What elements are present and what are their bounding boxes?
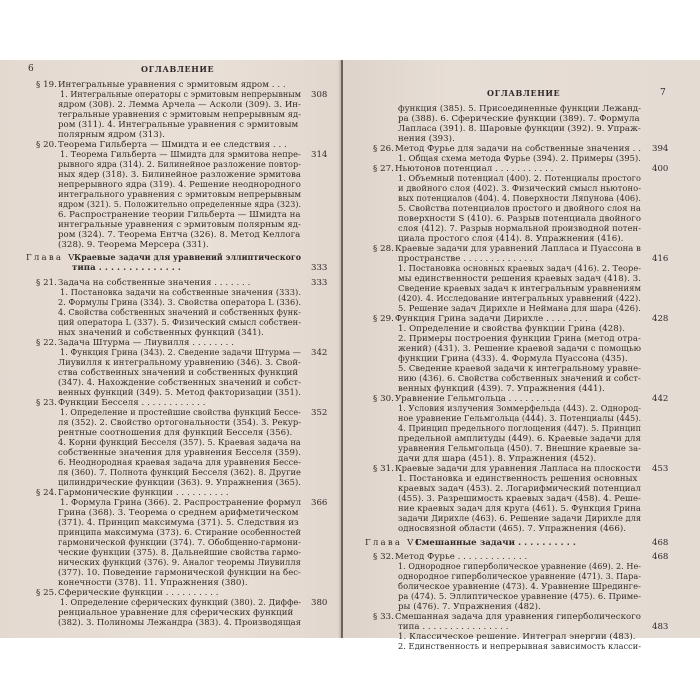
toc-line: вых потенциалов (404). 4. Поверхности Ля… [398, 194, 641, 204]
toc-line: 1. Объемный потенциал (400). 2. Потенциа… [398, 174, 641, 184]
toc-line: ром (324). 7. Теорема Ентча (326). 8. Ме… [58, 230, 300, 240]
toc-line: рывного ядра (314). 2. Билинейное разлож… [58, 160, 301, 170]
toc-line: ры (476). 7. Упражнения (482). [398, 602, 541, 612]
toc-line: нических функций (376). 9. Аналог теорем… [58, 558, 301, 568]
toc-line: конечности (378). 11. Упражнения (380). [58, 578, 248, 588]
toc-line: 6. Неоднородная краевая задача для уравн… [58, 458, 301, 468]
toc-line: задачи Дирихле (463). 6. Решение задачи … [398, 514, 641, 524]
toc-line: 5. Сведение краевой задачи к интегрально… [398, 364, 641, 374]
toc-line: и двойного слоя (402). 3. Физический смы… [398, 184, 641, 194]
toc-line: 1. Определение и свойства функции Грина … [398, 324, 625, 334]
toc-line: Грина (368). 3. Теорема о среднем арифме… [58, 508, 299, 518]
toc-line: нения (393). [398, 134, 455, 144]
toc-line: нию (436). 6. Свойства собственных значе… [398, 374, 641, 384]
section-title: Ньютонов потенциал . . . . . . . . . . . [395, 164, 553, 174]
toc-line: 5. Свойства потенциалов простого и двойн… [398, 204, 641, 214]
toc-line: интегральные уравнения с эрмитовым поляр… [58, 220, 301, 230]
section-title: Сферические функции . . . . . . . . . . [58, 588, 219, 598]
section-title: Метод Фурье . . . . . . . . . . . . . [395, 552, 527, 562]
toc-line: однородное гиперболическое уравнение (47… [398, 572, 641, 582]
toc-line: (371). 4. Принцип максимума (371). 5. Сл… [58, 518, 299, 528]
toc-page-number: 468 [652, 538, 668, 548]
section-number: § 27. [373, 164, 394, 174]
toc-page-number: 366 [311, 498, 327, 508]
toc-line: слоя (412). 7. Разрыв нормальной произво… [398, 224, 641, 234]
toc-line: ства собственных значений и собственных … [58, 368, 298, 378]
left-page-number: 6 [28, 64, 34, 74]
toc-line: ное уравнение Гельмгольца (444). 3. Поте… [398, 414, 641, 424]
section-number: § 25. [36, 588, 57, 598]
left-running-head: ОГЛАВЛЕНИЕ [141, 64, 214, 74]
section-title: Краевые задачи для уравнения Лапласа на … [395, 464, 641, 474]
section-number: § 28. [373, 244, 394, 254]
toc-line: (328). 9. Теорема Мерсера (331). [58, 240, 209, 250]
toc-page-number: 428 [652, 314, 668, 324]
toc-line: 2. Формулы Грина (334). 3. Свойства опер… [58, 298, 301, 308]
toc-page-number: 314 [311, 150, 327, 160]
toc-line: 2. Единственность и непрерывная зависимо… [398, 642, 641, 652]
toc-line: пространстве . . . . . . . . . . . . . [398, 254, 533, 264]
toc-line: полярным ядром (313). [58, 130, 165, 140]
toc-page-number: 468 [652, 552, 668, 562]
toc-line: предельной амплитуды (449). 6. Краевые з… [398, 434, 641, 444]
toc-line: (347). 4. Нахождение собственных значени… [58, 378, 301, 388]
toc-line: 2. Примеры построения функции Грина (мет… [398, 334, 641, 344]
toc-page-number: 352 [311, 408, 327, 418]
toc-page-number: 333 [311, 278, 327, 288]
chapter-title: Смешанные задачи . . . . . . . . . . [415, 538, 576, 548]
toc-line: 1. Определение сферических функций (380)… [60, 598, 301, 608]
toc-line: ля (352). 2. Свойство ортогональности (3… [58, 418, 301, 428]
section-number: § 23. [36, 398, 57, 408]
right-page-number: 7 [660, 88, 666, 98]
toc-line: односвязной области (465). 7. Упражнения… [398, 524, 626, 534]
section-title: Задача на собственные значения . . . . .… [58, 278, 250, 288]
toc-line: (420). 4. Исследование интегральных урав… [398, 294, 641, 304]
right-running-head: ОГЛАВЛЕНИЕ [487, 88, 560, 98]
toc-page-number: 308 [311, 90, 327, 100]
section-title: Функция Грина задачи Дирихле . . . . . .… [395, 314, 588, 324]
toc-line: ческие функции (375). 8. Дальнейшие свой… [58, 548, 301, 558]
toc-page-number: 483 [652, 622, 668, 632]
toc-line: принципа максимума (373). 6. Стирание ос… [58, 528, 301, 538]
toc-line: (377). 10. Поведение гармонической функц… [58, 568, 301, 578]
toc-page-number: 333 [311, 263, 327, 273]
toc-line: гармонической функции (374). 7. Обобщенн… [58, 538, 301, 548]
toc-line: ние краевых задач для круга (461). 5. Фу… [398, 504, 641, 514]
section-number: § 33. [373, 612, 394, 622]
toc-line: венных функций (439). 7. Упражнения (441… [398, 384, 605, 394]
section-number: § 21. [36, 278, 57, 288]
toc-line: 1. Функция Грина (343). 2. Сведение зада… [60, 348, 301, 358]
section-title: Гармонические функции . . . . . . . . . … [58, 488, 229, 498]
toc-line: функции Грина (433). 4. Формула Пуассона… [398, 354, 628, 364]
toc-page-number: 342 [311, 348, 327, 358]
toc-line: краевых задач (453). 2. Логарифмический … [398, 484, 641, 494]
toc-page-number: 442 [652, 394, 668, 404]
toc-line: 4. Принцип предельного поглощения (447).… [398, 424, 641, 434]
toc-line: 1. Постановка основных краевых задач (41… [398, 264, 641, 274]
toc-line: 4. Корни функций Бесселя (357). 5. Краев… [58, 438, 301, 448]
toc-line: дачи для шара (451). 8. Упражнения (452)… [398, 454, 596, 464]
toc-page-number: 453 [652, 464, 668, 474]
toc-line: (455). 3. Разрешимость краевых задач (45… [398, 494, 641, 504]
section-title: Функции Бесселя . . . . . . . . . . . . [58, 398, 206, 408]
section-title: Краевые задачи для уравнений Лапласа и П… [395, 244, 641, 254]
chapter-label: Глава V. [26, 253, 80, 263]
toc-page-number: 400 [652, 164, 668, 174]
section-number: § 19. [36, 80, 57, 90]
toc-line: ядром (321). 5. Положительно определенны… [58, 200, 301, 210]
toc-line: ций оператора L (337). 5. Физический смы… [58, 318, 301, 328]
toc-line: ля (360). 7. Полнота функций Бесселя (36… [58, 468, 301, 478]
toc-line: 1. Интегральные операторы с эрмитовым не… [60, 90, 301, 100]
toc-line: Лиувилля к интегральному уравнению (346)… [58, 358, 301, 368]
chapter-title: Краевые задачи для уравнений эллиптическ… [74, 253, 301, 263]
toc-line: 4. Свойства собственных значений и собст… [58, 308, 301, 318]
section-title: Метод Фурье для задачи на собственные зн… [395, 144, 641, 154]
toc-line: функция (385). 5. Присоединенные функции… [398, 104, 641, 114]
toc-line: циала простого слоя (414). 8. Упражнения… [398, 234, 623, 244]
section-number: § 29. [373, 314, 394, 324]
toc-page-number: 416 [652, 254, 668, 264]
section-title: Уравнение Гельмгольца . . . . . . . . . … [395, 394, 562, 404]
toc-line: ренциальное уравнение для сферических фу… [58, 608, 293, 618]
toc-line: 6. Распространение теории Гильберта — Шм… [58, 210, 301, 220]
toc-line: цилиндрические функции (363). 9. Упражне… [58, 478, 301, 488]
toc-line: поверхности S (410). 6. Разрыв потенциал… [398, 214, 641, 224]
section-number: § 26. [373, 144, 394, 154]
toc-line: (382). 3. Полиномы Лежандра (383). 4. Пр… [58, 618, 301, 628]
toc-line: 1. Теорема Гильберта — Шмидта для эрмито… [60, 150, 301, 160]
section-number: § 24. [36, 488, 57, 498]
toc-line: 1. Однородное гиперболическое уравнение … [398, 562, 641, 572]
toc-line: 1. Формула Грина (366). 2. Распространен… [60, 498, 301, 508]
toc-page-number: 394 [652, 144, 668, 154]
section-number: § 20. [36, 140, 57, 150]
section-title: Смешанная задача для уравнения гиперболи… [395, 612, 641, 622]
toc-line: ядром (308). 2. Лемма Арчела — Асколи (3… [58, 100, 301, 110]
toc-line: ра (388). 6. Сферические функции (389). … [398, 114, 640, 124]
section-title: Теорема Гильберта — Шмидта и ее следстви… [58, 140, 287, 150]
toc-line: Лапласа (391). 8. Шаровые функции (392).… [398, 124, 641, 134]
section-number: § 31. [373, 464, 394, 474]
toc-line: собственные значения для уравнения Бессе… [58, 448, 301, 458]
toc-line: ных ядер (318). 3. Билинейное разложение… [58, 170, 301, 180]
toc-line: тегральные уравнения с эрмитовым непреры… [58, 110, 301, 120]
section-title: Задача Штурма — Лиувилля . . . . . . . . [58, 338, 234, 348]
toc-line: типа . . . . . . . . . . . . . . [72, 263, 181, 273]
toc-line: ра (474). 5. Эллиптическое уравнение (47… [398, 592, 641, 602]
toc-line: 1. Условия излучения Зоммерфельда (443).… [398, 404, 641, 414]
toc-line: 5. Решение задач Дирихле и Неймана для ш… [398, 304, 641, 314]
section-title: Интегральные уравнения с эрмитовым ядром… [58, 80, 286, 90]
toc-line: 1. Классическое решение. Интеграл энерги… [398, 632, 636, 642]
toc-line: ром (311). 4. Интегральные уравнения с э… [58, 120, 298, 130]
toc-line: 1. Постановка и единственность решения о… [398, 474, 637, 484]
toc-line: жений) (431). 3. Решение краевой задачи … [398, 344, 641, 354]
toc-line: рентные соотношения для функций Бесселя … [58, 428, 292, 438]
toc-line: 1. Определение и простейшие свойства фун… [60, 408, 301, 418]
book-spine [341, 60, 343, 638]
toc-line: ных значений и собственных функций (341)… [58, 328, 264, 338]
toc-line: болическое уравнение (473). 4. Уравнение… [398, 582, 641, 592]
toc-line: типа . . . . . . . . . . . . . . . . [398, 622, 509, 632]
toc-line: 1. Общая схема метода Фурье (394). 2. Пр… [398, 154, 641, 164]
toc-line: интегрального уравнения с эрмитовым непр… [58, 190, 301, 200]
section-number: § 32. [373, 552, 394, 562]
toc-line: венных функций (349). 5. Метод факториза… [58, 388, 301, 398]
toc-line: уравнения Гельмгольца (450). 7. Внешние … [398, 444, 641, 454]
toc-line: 1. Постановка задачи на собственные знач… [60, 288, 301, 298]
section-number: § 22. [36, 338, 57, 348]
toc-page-number: 380 [311, 598, 327, 608]
toc-line: Сведение краевых задач к интегральным ур… [398, 284, 641, 294]
section-number: § 30. [373, 394, 394, 404]
toc-line: непрерывного ядра (319). 4. Решение неод… [58, 180, 301, 190]
toc-line: мы единственности решения краевых задач … [398, 274, 641, 284]
